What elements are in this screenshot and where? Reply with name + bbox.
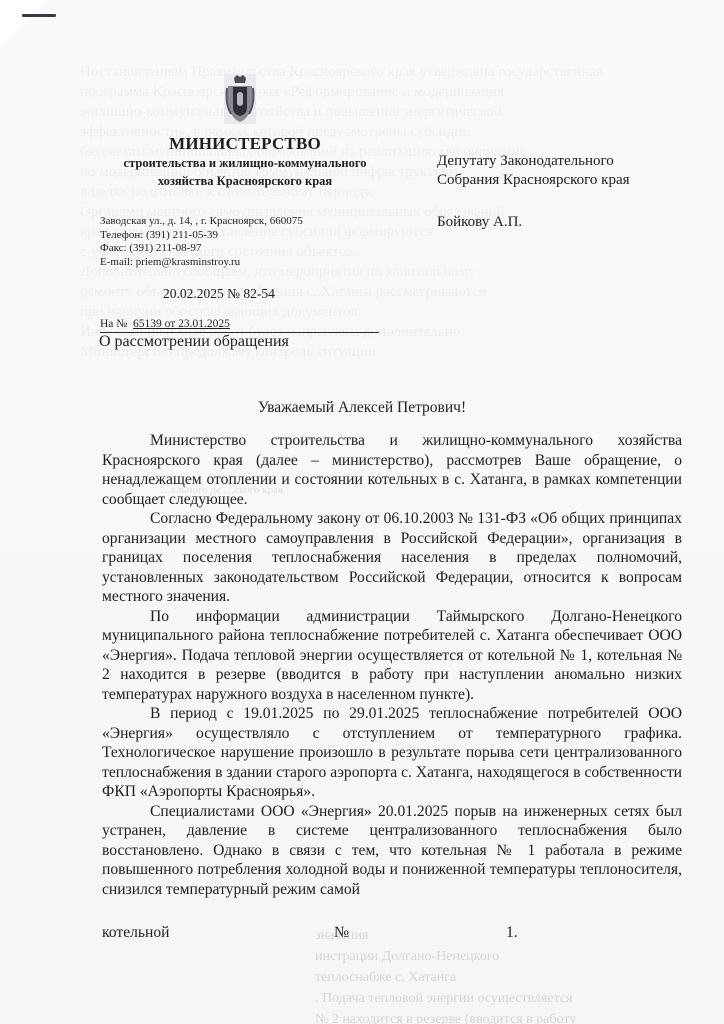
reference-value: 65139 от 23.01.2025 <box>133 318 230 330</box>
addressee-line1: Депутату Законодательного <box>437 152 630 171</box>
bleed-through-text-bottom: значения инстрации Долгано-Ненецкого теп… <box>315 925 715 1024</box>
letter-body: Министерство строительства и жилищно-ком… <box>102 431 682 899</box>
ministry-title: МИНИСТЕРСТВО <box>80 134 410 154</box>
addressee-line2: Собрания Красноярского края <box>437 171 630 190</box>
paragraph-1: Министерство строительства и жилищно-ком… <box>102 431 682 509</box>
last-line-word: котельной <box>102 924 170 942</box>
bleed-line: № 2 находится в резерве (вводится в рабо… <box>315 1009 715 1024</box>
addressee-name: Бойкову А.П. <box>437 213 630 232</box>
salutation: Уважаемый Алексей Петрович! <box>0 399 724 417</box>
paragraph-5: Специалистами ООО «Энергия» 20.01.2025 п… <box>102 802 682 900</box>
paragraph-4: В период с 19.01.2025 по 29.01.2025 тепл… <box>102 704 682 802</box>
addressee-block: Депутату Законодательного Собрания Красн… <box>437 152 630 232</box>
coat-of-arms-icon <box>224 74 256 124</box>
scanned-letter-page: Постановлением Правительства Красноярско… <box>0 0 724 1024</box>
letter-subject: О рассмотрении обращения <box>99 333 289 351</box>
page-fold-corner <box>0 0 60 60</box>
outgoing-date-number: 20.02.2025 № 82-54 <box>163 286 275 302</box>
bleed-line: теплоснабже с. Хатанга <box>315 967 715 988</box>
ministry-subtitle-line1: строительства и жилищно-коммунального <box>80 154 410 172</box>
contact-block: Заводская ул., д. 14, , г. Красноярск, 6… <box>100 215 303 269</box>
reference-number: На № 65139 от 23.01.2025 <box>100 318 380 330</box>
email: E-mail: priem@krasminstroy.ru <box>100 256 303 270</box>
reference-prefix: На № <box>100 318 127 330</box>
bleed-line: . Подача тепловой энергии осуществляется <box>315 988 715 1009</box>
ministry-subtitle-line2: хозяйства Красноярского края <box>80 172 410 190</box>
paragraph-3: По информации администрации Таймырского … <box>102 607 682 705</box>
address: Заводская ул., д. 14, , г. Красноярск, 6… <box>100 215 303 229</box>
ministry-subtitle: строительства и жилищно-коммунального хо… <box>80 154 410 190</box>
bleed-line: инстрации Долгано-Ненецкого <box>315 946 715 967</box>
scan-mark <box>22 14 56 17</box>
fax: Факс: (391) 211-08-97 <box>100 242 303 256</box>
paragraph-2: Согласно Федеральному закону от 06.10.20… <box>102 509 682 607</box>
phone: Телефон: (391) 211-05-39 <box>100 229 303 243</box>
bleed-line: значения <box>315 925 715 946</box>
